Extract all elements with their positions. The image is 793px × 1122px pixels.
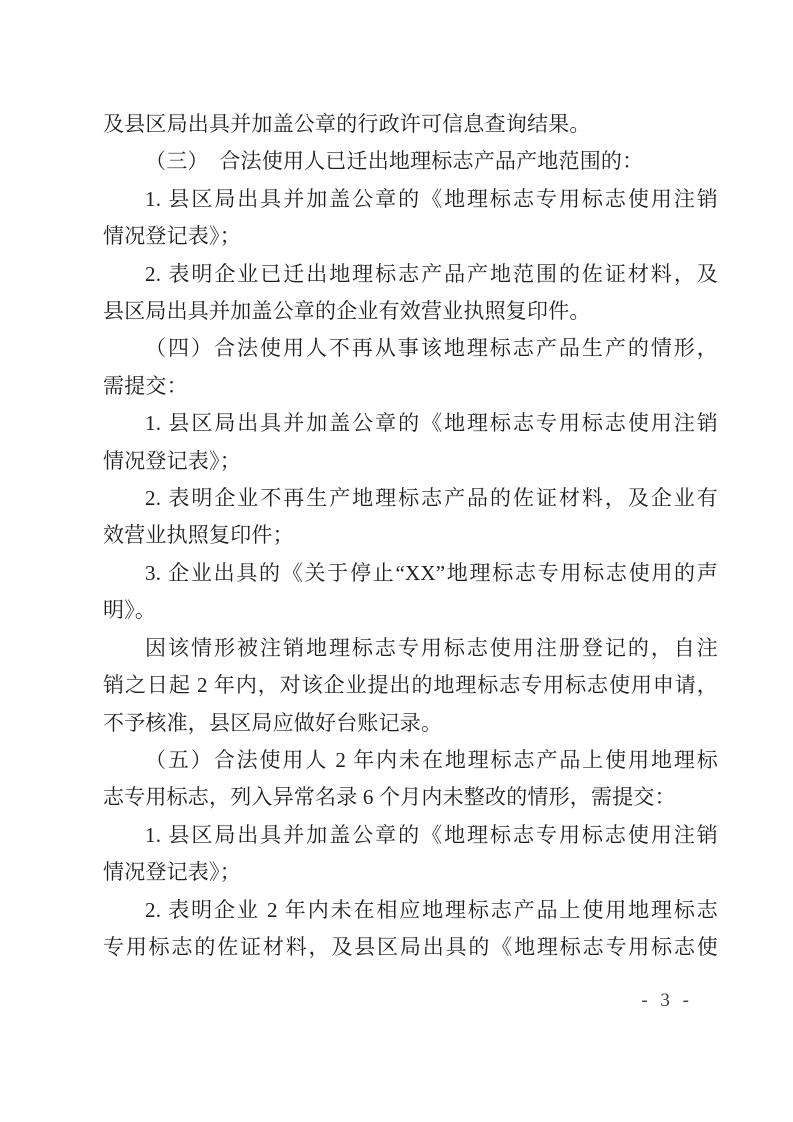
text-line: （三） 合法使用人已迁出地理标志产品产地范围的：	[103, 143, 718, 180]
text-line: 需提交：	[103, 368, 718, 405]
text-line: 情况登记表》；	[103, 854, 718, 891]
text-line: 明》。	[103, 592, 718, 629]
document-page: 及县区局出具并加盖公章的行政许可信息查询结果。（三） 合法使用人已迁出地理标志产…	[0, 0, 793, 1122]
text-line: 2. 表明企业不再生产地理标志产品的佐证材料，及企业有	[103, 480, 718, 517]
text-line: 2. 表明企业 2 年内未在相应地理标志产品上使用地理标志	[103, 892, 718, 929]
text-line: 情况登记表》；	[103, 443, 718, 480]
text-line: 1. 县区局出具并加盖公章的《地理标志专用标志使用注销	[103, 181, 718, 218]
text-line: 不予核准，县区局应做好台账记录。	[103, 705, 718, 742]
page-number: - 3 -	[641, 990, 693, 1012]
text-line: （四）合法使用人不再从事该地理标志产品生产的情形，	[103, 330, 718, 367]
text-line: 及县区局出具并加盖公章的行政许可信息查询结果。	[103, 106, 718, 143]
text-line: 销之日起 2 年内，对该企业提出的地理标志专用标志使用申请，	[103, 667, 718, 704]
text-line: 2. 表明企业已迁出地理标志产品产地范围的佐证材料，及	[103, 256, 718, 293]
document-body: 及县区局出具并加盖公章的行政许可信息查询结果。（三） 合法使用人已迁出地理标志产…	[103, 106, 718, 966]
text-line: 效营业执照复印件；	[103, 517, 718, 554]
text-line: 1. 县区局出具并加盖公章的《地理标志专用标志使用注销	[103, 817, 718, 854]
text-line: 志专用标志，列入异常名录 6 个月内未整改的情形，需提交：	[103, 779, 718, 816]
text-line: 县区局出具并加盖公章的企业有效营业执照复印件。	[103, 293, 718, 330]
text-line: 1. 县区局出具并加盖公章的《地理标志专用标志使用注销	[103, 405, 718, 442]
text-line: 因该情形被注销地理标志专用标志使用注册登记的，自注	[103, 630, 718, 667]
text-line: 专用标志的佐证材料，及县区局出具的《地理标志专用标志使	[103, 929, 718, 966]
text-line: （五）合法使用人 2 年内未在地理标志产品上使用地理标	[103, 742, 718, 779]
text-line: 3. 企业出具的《关于停止“XX”地理标志专用标志使用的声	[103, 555, 718, 592]
text-line: 情况登记表》；	[103, 218, 718, 255]
